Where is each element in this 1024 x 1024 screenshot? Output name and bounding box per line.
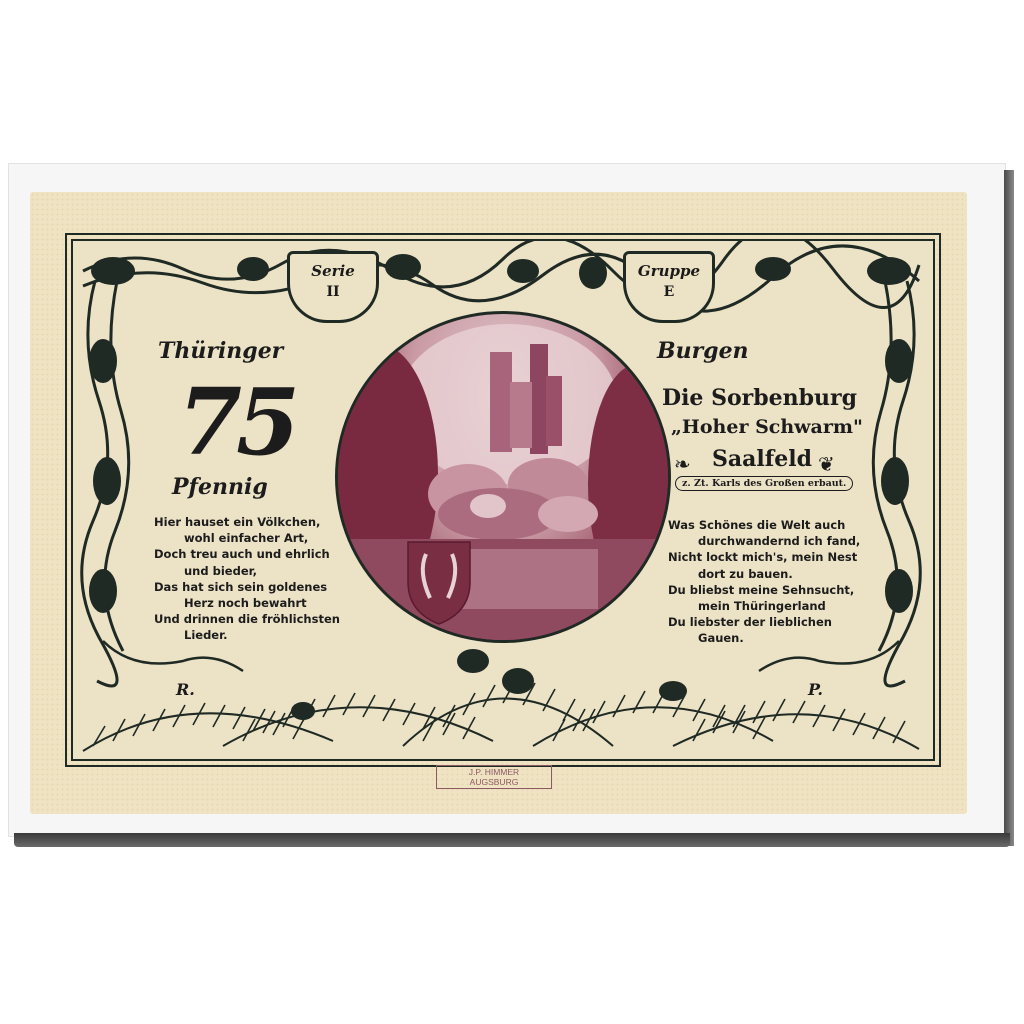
poem-line: Nicht lockt mich's, mein Nest (668, 549, 860, 565)
poem-line: Und drinnen die fröhlichsten (154, 611, 340, 627)
title-left: Thüringer (158, 338, 283, 364)
series-value: II (290, 284, 376, 300)
denomination-unit: Pfennig (172, 474, 268, 500)
castle-caption: z. Zt. Karls des Großen erbaut. (675, 476, 853, 491)
poem-line: Du liebster der lieblichen (668, 614, 860, 630)
poem-line: Hier hauset ein Völkchen, (154, 514, 340, 530)
poem-line: und bieder, (154, 563, 340, 579)
poem-line: dort zu bauen. (668, 566, 860, 582)
flourish-right-icon: ❦ (818, 452, 835, 476)
artist-initial-left: R. (176, 680, 195, 699)
series-label: Serie (290, 262, 376, 280)
city-name: Saalfeld (712, 446, 812, 472)
poem-line: wohl einfacher Art, (154, 530, 340, 546)
title-right: Burgen (657, 338, 749, 364)
printer-name: J.P. HIMMER (437, 767, 551, 777)
poem-line: Herz noch bewahrt (154, 595, 340, 611)
poem-line: durchwandernd ich fand, (668, 533, 860, 549)
printer-imprint: J.P. HIMMER AUGSBURG (436, 765, 552, 789)
drop-shadow-right (1004, 170, 1014, 846)
castle-subtitle: „Hoher Schwarm" (671, 416, 863, 438)
poem-line: mein Thüringerland (668, 598, 860, 614)
poem-line: Du bliebst meine Sehnsucht, (668, 582, 860, 598)
drop-shadow-bottom (14, 833, 1010, 847)
poem-line: Lieder. (154, 627, 340, 643)
denomination: 75 (178, 368, 294, 476)
group-label: Gruppe (626, 262, 712, 280)
group-shield: Gruppe E (623, 251, 715, 323)
flourish-left-icon: ❧ (674, 452, 691, 476)
artist-initial-right: P. (808, 680, 823, 699)
poem-line: Doch treu auch und ehrlich (154, 546, 340, 562)
poem-line: Gauen. (668, 630, 860, 646)
poem-line: Das hat sich sein goldenes (154, 579, 340, 595)
poem-line: Was Schönes die Welt auch (668, 517, 860, 533)
castle-name: Die Sorbenburg (662, 385, 857, 411)
printer-city: AUGSBURG (437, 777, 551, 787)
series-shield: Serie II (287, 251, 379, 323)
poem-left: Hier hauset ein Völkchen,wohl einfacher … (154, 514, 340, 644)
group-value: E (626, 284, 712, 300)
castle-vignette (335, 311, 671, 643)
poem-right: Was Schönes die Welt auchdurchwandernd i… (668, 517, 860, 647)
castle-illustration (338, 314, 668, 640)
